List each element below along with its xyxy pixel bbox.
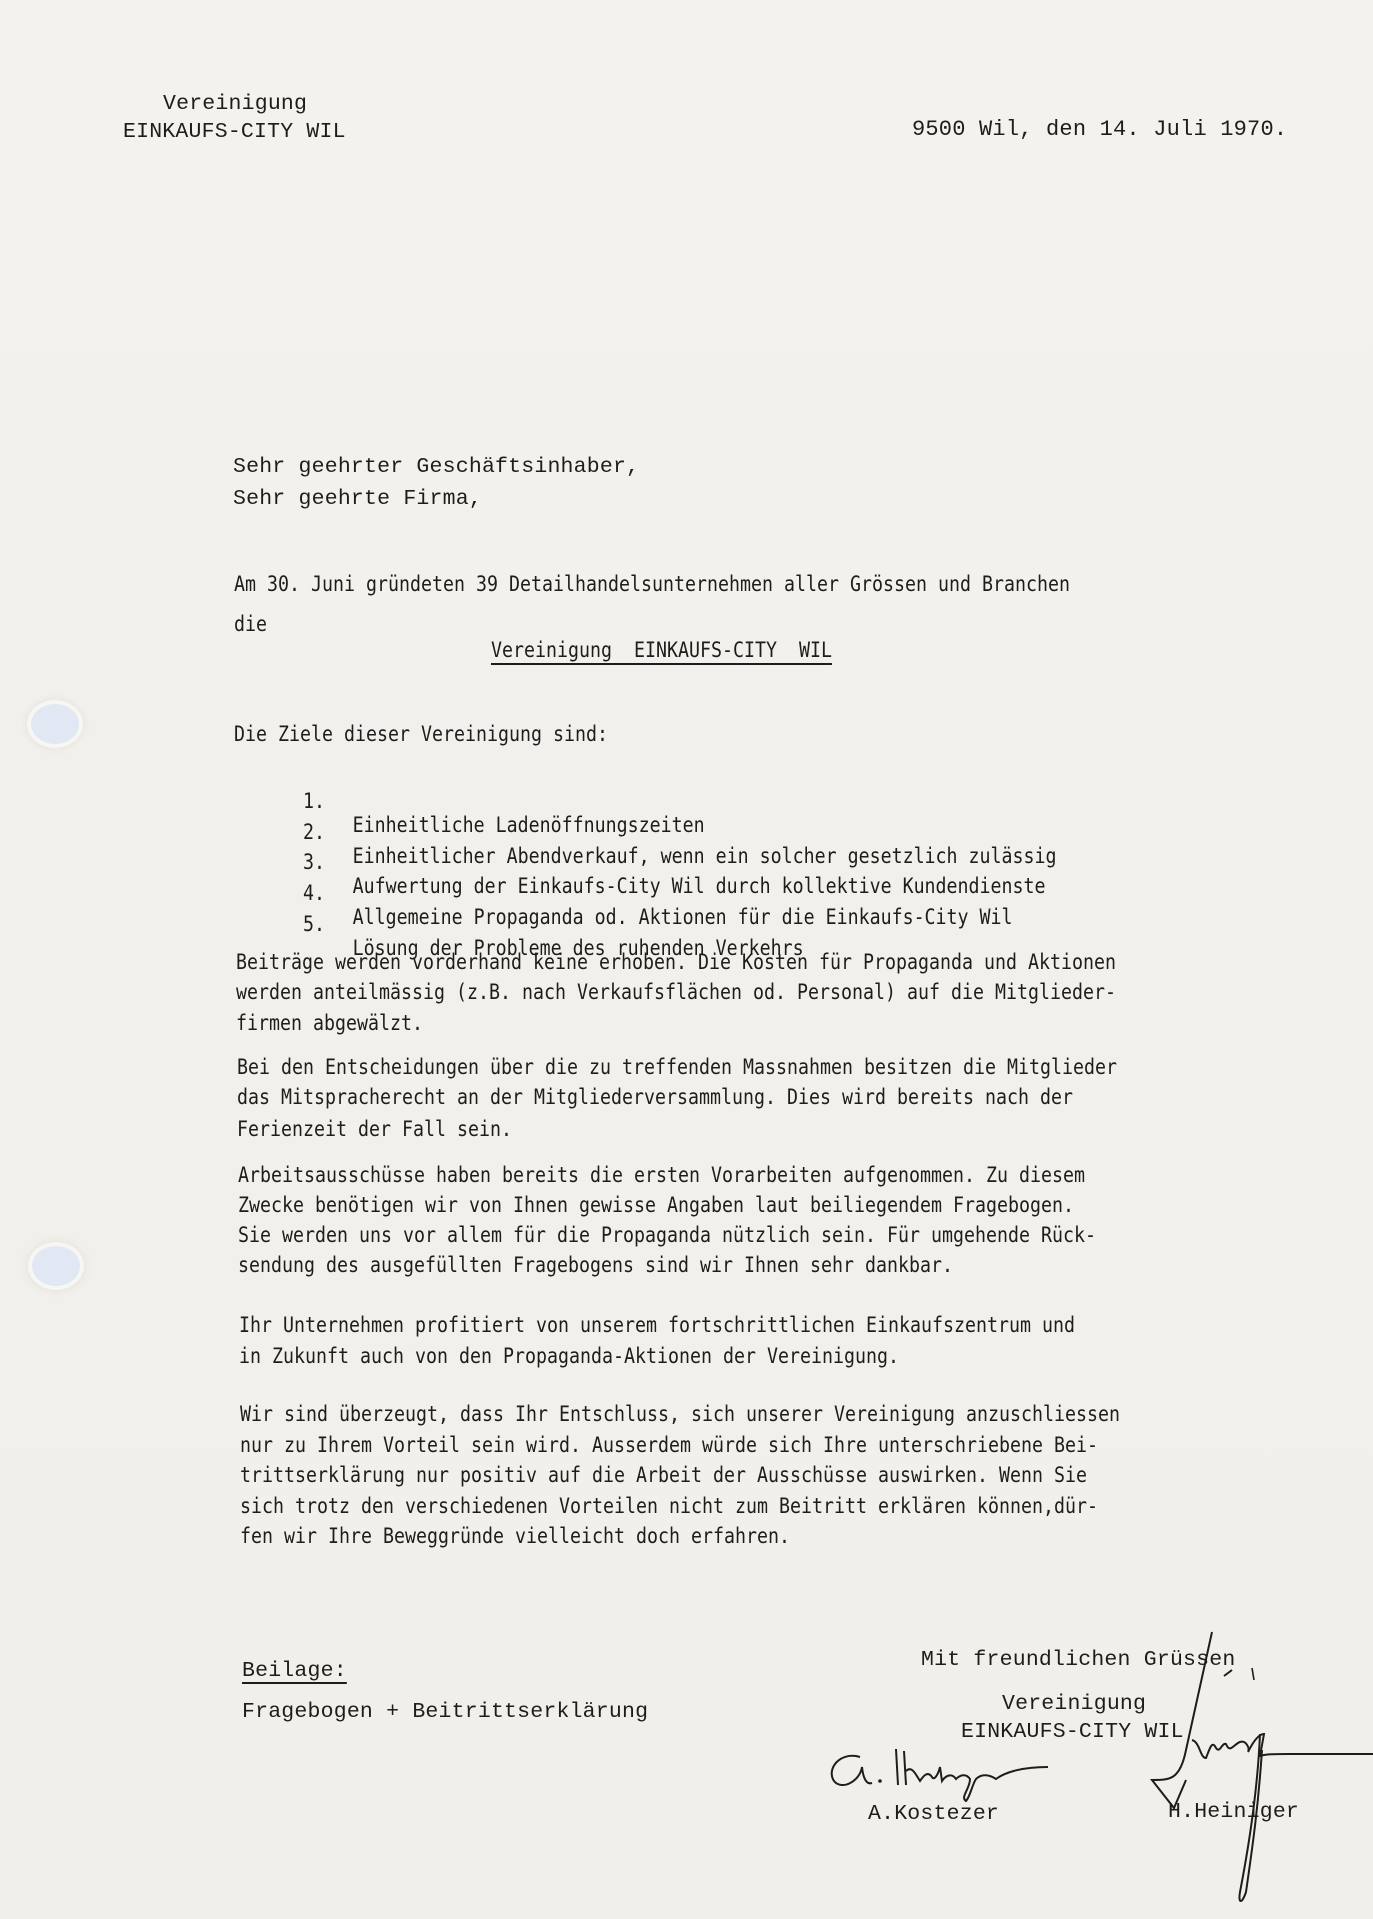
paragraph-contributions-line: Beiträge werden vorderhand keine erhoben… [236,950,1116,974]
letterhead-line2: EINKAUFS-CITY WIL [123,120,346,144]
goal-text: Einheitlicher Abendverkauf, wenn ein sol… [353,844,1057,868]
paragraph-membership-line: trittserklärung nur positiv auf die Arbe… [240,1463,1087,1487]
enclosure-text: Fragebogen + Beitrittserklärung [242,1700,648,1724]
paragraph-benefits-line: Ihr Unternehmen profitiert von unserem f… [239,1313,1075,1337]
paragraph-committees-line: sendung des ausgefüllten Fragebogens sin… [238,1253,953,1277]
paragraph-committees-line: Sie werden uns vor allem für die Propaga… [238,1223,1096,1247]
punch-hole-bottom [32,1246,80,1286]
intro-line2: die [234,612,267,636]
dateline: 9500 Wil, den 14. Juli 1970. [912,117,1287,142]
closing-org-line1: Vereinigung [1002,1692,1146,1716]
paragraph-decisions-line: das Mitspracherecht an der Mitgliederver… [237,1085,1073,1109]
signatory-name-kostezer: A.Kostezer [868,1802,999,1826]
paragraph-decisions-line: Bei den Entscheidungen über die zu treff… [237,1055,1117,1079]
enclosure-label: Beilage: [242,1659,347,1683]
paragraph-contributions-line: firmen abgewälzt. [236,1011,423,1035]
paragraph-membership-line: fen wir Ihre Beweggründe vielleicht doch… [240,1524,790,1548]
paragraph-contributions-line: werden anteilmässig (z.B. nach Verkaufsf… [236,980,1116,1004]
goal-text: Aufwertung der Einkaufs-City Wil durch k… [353,874,1046,898]
paragraph-committees-line: Arbeitsausschüsse haben bereits die erst… [238,1163,1085,1187]
signature-kostezer-icon [820,1745,1060,1805]
paragraph-membership-line: nur zu Ihrem Vorteil sein wird. Ausserde… [240,1433,1098,1457]
salutation-line2: Sehr geehrte Firma, [233,487,482,511]
organization-title: Vereinigung EINKAUFS-CITY WIL [491,638,832,662]
goals-heading: Die Ziele dieser Vereinigung sind: [234,722,608,746]
paragraph-membership-line: sich trotz den verschiedenen Vorteilen n… [240,1494,1098,1518]
signature-heiniger-icon [1140,1630,1373,1919]
paragraph-committees-line: Zwecke benötigen wir von Ihnen gewisse A… [238,1193,1074,1217]
letterhead-line1: Vereinigung [163,92,307,116]
paragraph-benefits-line: in Zukunft auch von den Propaganda-Aktio… [239,1344,899,1368]
paragraph-membership-line: Wir sind überzeugt, dass Ihr Entschluss,… [240,1402,1120,1426]
goal-text: Einheitliche Ladenöffnungszeiten [353,813,705,837]
goal-text: Allgemeine Propaganda od. Aktionen für d… [353,905,1013,929]
signatory-name-heiniger: H.Heiniger [1168,1800,1299,1824]
goal-number: 5. [303,912,325,936]
paragraph-decisions-line: Ferienzeit der Fall sein. [237,1117,512,1141]
letter-page: Vereinigung EINKAUFS-CITY WIL 9500 Wil, … [0,0,1373,1919]
salutation-line1: Sehr geehrter Geschäftsinhaber, [233,455,639,479]
intro-line1: Am 30. Juni gründeten 39 Detailhandelsun… [234,572,1070,596]
punch-hole-top [31,704,79,744]
